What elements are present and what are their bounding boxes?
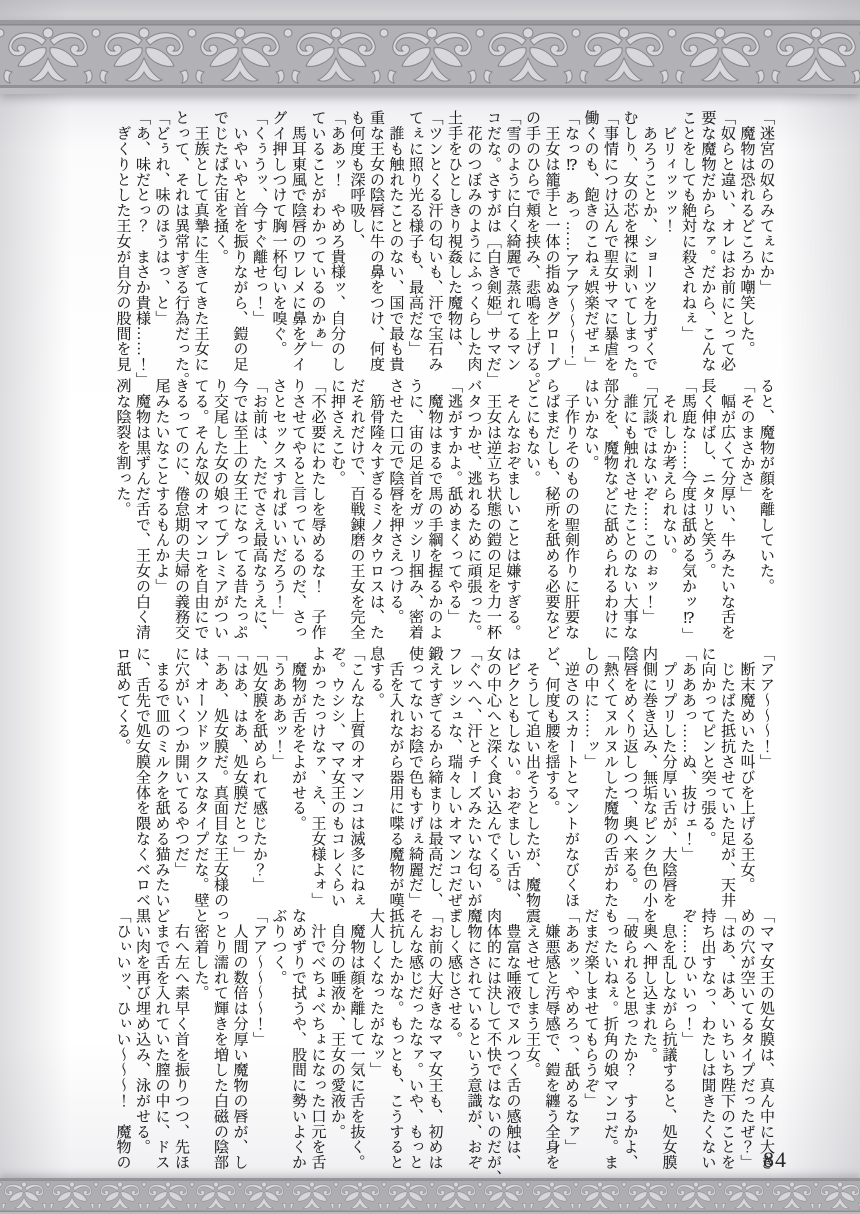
- text-line: 「あああっ……ぬ、抜けェ！」: [678, 646, 698, 912]
- ornamental-border-top: [0, 20, 860, 94]
- text-line: 「アア～～～～！」: [249, 908, 269, 1174]
- text-line: 「ああッ、やめろっ、舐めるなァ」: [561, 908, 581, 1174]
- text-line: と密着した。: [190, 908, 210, 1174]
- text-line: まるで皿のミルクを舐める猫みたい: [151, 646, 171, 912]
- text-line: っとり濡れて輝きを増した白磁の陰部: [210, 908, 230, 1174]
- text-line: だまだ楽しませてもらうぞ」: [580, 908, 600, 1174]
- text-line: も何度も深呼吸し、: [346, 110, 366, 376]
- text-line: 黒い肉を再び埋め込み、泳がせる。: [132, 908, 152, 1174]
- text-line: うに、宙の足首をガッシリ掴み、密着: [405, 378, 425, 644]
- text-line: はいかない。: [580, 378, 600, 644]
- text-line: 重な王女の陰唇に牛の鼻をつけ、何度: [366, 110, 386, 376]
- text-line: 「ぐへへ、汗とチーズみたいな匂いが: [463, 646, 483, 912]
- text-line: そんな感じだったなァ。いや、もっと: [405, 908, 425, 1174]
- text-line: 働くのも、飽きのこねぇ娯楽だぜェ」: [580, 110, 600, 376]
- text-line: 「あ、味だとっ？ まさか貴様……！」: [132, 110, 152, 376]
- text-line: 「お前の大好きなママ女王も、初めは: [424, 908, 444, 1174]
- text-line: 王女は籠手と一体の指ぬきグローブ: [541, 110, 561, 376]
- text-line: 「熱くてヌルヌルした魔物の舌がわた: [600, 646, 620, 912]
- text-line: 「ああ、処女膜だ。真面目な王女様の: [210, 646, 230, 912]
- text-line: きるってのに、倦怠期の夫婦の義務交: [171, 378, 191, 644]
- text-line: 「どぅれ、味のほうはっ、と」: [151, 110, 171, 376]
- text-line: 大人しくなったがなッ」: [366, 908, 386, 1174]
- text-line: 内側に巻き込み、無垢なピンク色の小: [639, 646, 659, 912]
- text-line: 使ってないお陰で色もすげぇ綺麗だ」: [405, 646, 425, 912]
- text-line: 「ひぃいッ、ひぃい～～～！ 魔物の: [112, 908, 132, 1174]
- text-line: 魔物は恐れるどころか嘲笑した。: [736, 110, 756, 376]
- text-line: 魔物は顔を離して一気に舌を抜く。: [346, 908, 366, 1174]
- text-line: 魔物はまるで馬の手綱を握るかのよ: [424, 378, 444, 644]
- text-line: させた口元で陰唇を押さえつける。: [385, 378, 405, 644]
- text-line: 人間の数倍は分厚い魔物の唇が、し: [229, 908, 249, 1174]
- text-line: 誰にも触れさせたことのない大事な: [619, 378, 639, 644]
- text-line: でじたばた宙を掻く。: [210, 110, 230, 376]
- text-line: は、オーソドックスなタイプだな。壁: [190, 646, 210, 912]
- text-line: さとセックスすればいいだろう！」: [268, 378, 288, 644]
- text-line: 部分を、魔物などに舐められるわけに: [600, 378, 620, 644]
- text-line: 「ああッ！ やめろ貴様ッ、自分のし: [327, 110, 347, 376]
- text-line: 要な魔物だからなァ。だから、こんな: [697, 110, 717, 376]
- text-line: むしり、女の芯を裸に剥いてしまった。: [619, 110, 639, 376]
- text-line: 魔物が舌をそよがせる。: [288, 646, 308, 912]
- text-line: 馬耳東風で陰唇のワレメに鼻をグイ: [288, 110, 308, 376]
- text-line: ぞ。ウシシ、ママ女王のもコレくらい: [327, 646, 347, 912]
- text-line: 「冗談ではないぞ……このぉッ！」: [639, 378, 659, 644]
- text-line: 魔物にされているという意識が、おぞ: [463, 908, 483, 1174]
- text-line: 誰も触れたことのない、国で最も貴: [385, 110, 405, 376]
- text-line: り交尾した女の娘ってプレミアがつい: [210, 378, 230, 644]
- text-line: 鍛えすぎてるから締まりは最高だし、: [424, 646, 444, 912]
- text-line: 王族として真摯に生きてきた王女に: [190, 110, 210, 376]
- text-line: 「処女膜を舐められて感じたか？」: [249, 646, 269, 912]
- text-line: そんなおぞましいことは嫌すぎる。: [502, 378, 522, 644]
- text-line: 「不必要にわたしを辱めるな！ 子作: [307, 378, 327, 644]
- text-line: 「こんな上質のオマンコは滅多にねぇ: [346, 646, 366, 912]
- text-line: ロ舐めてくる。: [112, 646, 132, 912]
- text-line: よかったっけなァ、え、王女様よォ」: [307, 646, 327, 912]
- page-number: 84: [763, 1147, 787, 1173]
- text-line: に、舌先で処女膜全体を隈なくベロベ: [132, 646, 152, 912]
- text-line: 「逃がすかよ。舐めまくってやる」: [444, 378, 464, 644]
- text-block-4: 「ママ女王の処女膜は、真ん中に大きめの穴が空いてるタイプだったぜ？」「はあ、はあ…: [112, 908, 775, 1174]
- text-line: らばまだしも、秘所を舐める必要など: [541, 378, 561, 644]
- text-line: てる。そんな奴のオマンコを自由にで: [190, 378, 210, 644]
- text-line: 「奴らと違い、オレはお前にとって必: [717, 110, 737, 376]
- text-line: めの穴が空いてるタイプだったぜ？」: [736, 908, 756, 1174]
- text-line: ぶりつく。: [268, 908, 288, 1174]
- text-line: プリプリした分厚い舌が、大陰唇を: [658, 646, 678, 912]
- text-line: 豊富な唾液でヌルつく舌の感触は、: [502, 908, 522, 1174]
- text-line: どこにもない。: [522, 378, 542, 644]
- text-line: 震えさせてしまう王女。: [522, 908, 542, 1174]
- text-line: 「はあ、はあ、いちいち陛下のことを: [717, 908, 737, 1174]
- text-line: 抵抗したかな。もっとも、こうすると: [385, 908, 405, 1174]
- text-line: 「なっ⁉ あっ……アアア～～～！」: [561, 110, 581, 376]
- scanned-book-page: 「迷宮の奴らみてぇにか」 魔物は恐れるどころか嘲笑した。「奴らと違い、オレはお前…: [0, 0, 860, 1214]
- text-line: 舌を入れながら器用に喋る魔物が嘆: [385, 646, 405, 912]
- text-line: 「雪のように白く綺麗で蒸れてるマン: [502, 110, 522, 376]
- text-line: 断末魔めいた叫びを上げる王女。: [736, 646, 756, 912]
- text-line: 長く伸ばし、ニタリと笑う。: [697, 378, 717, 644]
- text-line: 子作りそのものの聖剣作りに肝要な: [561, 378, 581, 644]
- text-line: ていることがわかっているのかぁ」: [307, 110, 327, 376]
- text-line: 王女は逆立ち状態の鎧の足を力一杯: [483, 378, 503, 644]
- text-block-1: 「迷宮の奴らみてぇにか」 魔物は恐れるどころか嘲笑した。「奴らと違い、オレはお前…: [112, 110, 775, 376]
- text-line: ると、魔物が顔を離していた。: [756, 378, 776, 644]
- text-line: 「アア～～～！」: [756, 646, 776, 912]
- text-line: ぞ……ひぃいっ！」: [678, 908, 698, 1174]
- text-line: に押さえこむ。: [327, 378, 347, 644]
- text-line: 「うあああッ！」: [268, 646, 288, 912]
- text-line: 花のつぼみのようにふっくらした肉: [463, 110, 483, 376]
- text-line: 「そのまさかさ」: [736, 378, 756, 644]
- text-line: 逆さのスカートとマントがなびくほ: [561, 646, 581, 912]
- text-line: 筋骨隆々すぎるミノタウロスは、た: [366, 378, 386, 644]
- text-line: 嫌悪感と汚辱感で、鎧を纏う全身を: [541, 908, 561, 1174]
- text-line: 息を乱しながら抗議すると、処女膜: [658, 908, 678, 1174]
- text-line: グイ押しつけて胸一杯匂いを嗅ぐ。: [268, 110, 288, 376]
- text-block-3: 「アア～～～！」 断末魔めいた叫びを上げる王女。 じたばた抵抗させていた足が、天…: [112, 646, 775, 912]
- text-line: だそれだけで、百戦錬磨の王女を完全: [346, 378, 366, 644]
- text-line: 冽な陰裂を割った。: [112, 378, 132, 644]
- text-line: 陰唇をめくり返しつつ、奥へ来る。: [619, 646, 639, 912]
- text-line: 尾みたいなことするもんかよ」: [151, 378, 171, 644]
- text-line: コだな。さすがは［白き剣姫］サマだ」: [483, 110, 503, 376]
- text-line: ましく感じさせる。: [444, 908, 464, 1174]
- text-line: 「ツンとくる汗の匂いも、汗で宝石み: [424, 110, 444, 376]
- text-line: を奥へ押し込まれた。: [639, 908, 659, 1174]
- text-line: に向かってピンと突っ張る。: [697, 646, 717, 912]
- text-line: 「ママ女王の処女膜は、真ん中に大き: [756, 908, 776, 1174]
- text-line: そうして追い出そうとしたが、魔物: [522, 646, 542, 912]
- text-line: 「破られると思ったか？ するかよ、: [619, 908, 639, 1174]
- text-line: 「はあ、はあ、処女膜だとっ」: [229, 646, 249, 912]
- text-line: ことをしても絶対に殺されねぇ」: [678, 110, 698, 376]
- text-line: 「事情につけ込んで聖女サマに暴虐を: [600, 110, 620, 376]
- text-line: ど、何度も腰を揺する。: [541, 646, 561, 912]
- text-line: 土手をひとしきり視姦した魔物は、: [444, 110, 464, 376]
- text-line: じたばた抵抗させていた足が、天井: [717, 646, 737, 912]
- text-line: りさせてやると言っているのだ、さっ: [288, 378, 308, 644]
- text-block-2: ると、魔物が顔を離していた。「そのまさかさ」 幅が広くて分厚い、牛みたいな舌を長…: [112, 378, 775, 644]
- text-line: 肉体的には決して不快ではないのだが、: [483, 908, 503, 1174]
- text-line: 「迷宮の奴らみてぇにか」: [756, 110, 776, 376]
- text-line: 自分の唾液か、王女の愛液か。: [327, 908, 347, 1174]
- text-line: 息する。: [366, 646, 386, 912]
- text-line: 今では至上の女王になってる昔たっぷ: [229, 378, 249, 644]
- text-line: フレッシュな、瑞々しいオマンコだぜ。: [444, 646, 464, 912]
- text-line: 女の中心へと深く食い込んでくる。: [483, 646, 503, 912]
- text-line: ビリィッッッ！: [658, 110, 678, 376]
- text-line: 幅が広くて分厚い、牛みたいな舌を: [717, 378, 737, 644]
- text-line: 「お前は、ただでさえ最高なうえに、: [249, 378, 269, 644]
- text-line: とって、それは異常すぎる行為だった。: [171, 110, 191, 376]
- text-line: どまで舌を入れていた膣の中に、ドス: [151, 908, 171, 1174]
- text-line: バタつかせ、逃れるために頑張った。: [463, 378, 483, 644]
- text-line: てぇに照り光る様子も、最高だな」: [405, 110, 425, 376]
- text-line: 魔物は黒ずんだ舌で、王女の白く清: [132, 378, 152, 644]
- text-line: 右へ左へ素早く首を振りつつ、先ほ: [171, 908, 191, 1174]
- text-line: 「馬鹿な……今度は舐める気かッ⁉」: [678, 378, 698, 644]
- text-line: に穴がいくつか開いてるやつだ」: [171, 646, 191, 912]
- text-line: 「くぅうッ、今すぐ離せっ！」: [249, 110, 269, 376]
- text-line: 持ち出すなっ、わたしは聞きたくない: [697, 908, 717, 1174]
- text-line: いやいやと首を振りながら、鎧の足: [229, 110, 249, 376]
- text-line: なめずりで拭うや、股間に勢いよくか: [288, 908, 308, 1174]
- text-line: 汁でべちょべちょになった口元を舌: [307, 908, 327, 1174]
- text-line: ぎくりとした王女が自分の股間を見: [112, 110, 132, 376]
- text-line: しの中に……ッ」: [580, 646, 600, 912]
- text-line: もったいねぇ。折角の娘マンコだ。ま: [600, 908, 620, 1174]
- ornamental-border-bottom: [0, 1178, 860, 1214]
- text-line: それしか考えられない。: [658, 378, 678, 644]
- text-line: の手のひらで頬を挟み、悲鳴を上げる。: [522, 110, 542, 376]
- text-line: あろうことか、ショーツを力ずくで: [639, 110, 659, 376]
- text-line: はビクともしない。おぞましい舌は、: [502, 646, 522, 912]
